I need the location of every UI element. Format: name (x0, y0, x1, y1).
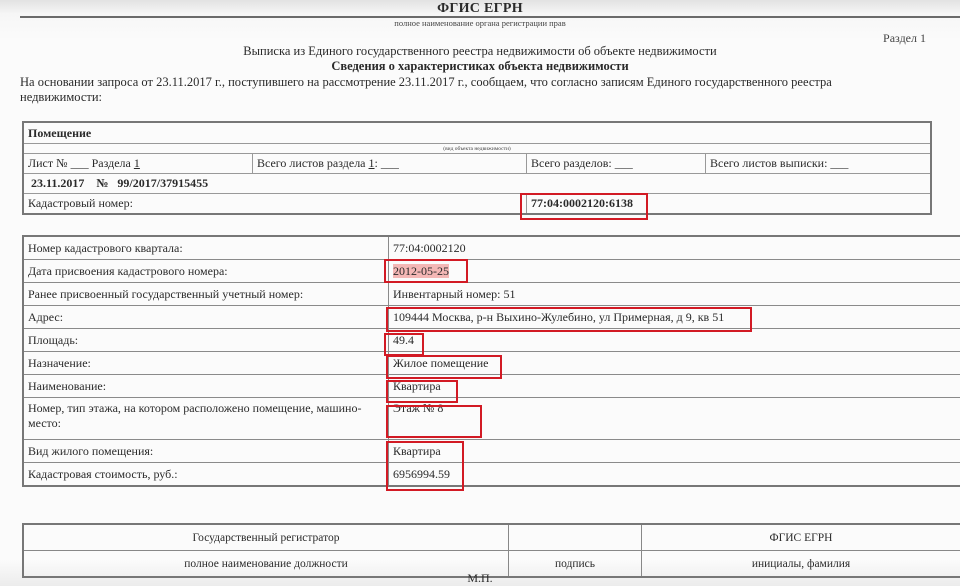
total-sections-value: ___ (615, 156, 633, 170)
property-value: Этаж № 8 (389, 398, 960, 440)
total-sheets-section-label: Всего листов раздела (257, 156, 366, 170)
sheet-value: ___ (71, 156, 89, 170)
property-row: Площадь: 49.4 (23, 329, 960, 352)
property-label: Номер, тип этажа, на котором расположено… (23, 398, 389, 440)
property-row: Номер кадастрового квартала: 77:04:00021… (23, 236, 960, 260)
property-label: Назначение: (23, 352, 389, 375)
property-row: Кадастровая стоимость, руб.: 6956994.59 (23, 463, 960, 487)
statement-date: 23.11.2017 (31, 176, 84, 190)
total-sections-cell: Всего разделов: ___ (527, 154, 706, 174)
number-sign: № (96, 176, 108, 190)
object-type-caption: (вид объекта недвижимости) (23, 144, 931, 154)
sheet-number-cell: Лист № ___ Раздела 1 (23, 154, 253, 174)
property-value: 2012-05-25 (389, 260, 960, 283)
object-type: Помещение (23, 122, 931, 144)
org-subtitle: полное наименование органа регистрации п… (0, 18, 960, 28)
property-label: Площадь: (23, 329, 389, 352)
intro-paragraph: На основании запроса от 23.11.2017 г., п… (20, 75, 900, 105)
stamp-label: М.П. (0, 571, 960, 586)
registrar-position: Государственный регистратор (23, 524, 509, 551)
registrar-name: ФГИС ЕГРН (642, 524, 960, 551)
date-number-row: 23.11.2017 № 99/2017/37915455 (23, 174, 931, 194)
section-of-label: Раздела (92, 156, 131, 170)
document-subtitle: Сведения о характеристиках объекта недви… (0, 59, 960, 74)
property-row: Вид жилого помещения: Квартира (23, 440, 960, 463)
property-label: Номер кадастрового квартала: (23, 236, 389, 260)
property-value: Квартира (389, 375, 960, 398)
property-label: Адрес: (23, 306, 389, 329)
property-label: Вид жилого помещения: (23, 440, 389, 463)
properties-table: Номер кадастрового квартала: 77:04:00021… (22, 235, 960, 487)
total-sheets-section-cell: Всего листов раздела 1: ___ (253, 154, 527, 174)
object-header-table: Помещение (вид объекта недвижимости) Лис… (22, 121, 932, 215)
property-label: Ранее присвоенный государственный учетны… (23, 283, 389, 306)
total-sheets-label: Всего листов выписки: (710, 156, 827, 170)
property-value: 49.4 (389, 329, 960, 352)
property-value: 109444 Москва, р-н Выхино-Жулебино, ул П… (389, 306, 960, 329)
property-row: Назначение: Жилое помещение (23, 352, 960, 375)
property-row: Ранее присвоенный государственный учетны… (23, 283, 960, 306)
property-value: 6956994.59 (389, 463, 960, 487)
property-label: Наименование: (23, 375, 389, 398)
property-row: Адрес: 109444 Москва, р-н Выхино-Жулебин… (23, 306, 960, 329)
property-value: 77:04:0002120 (389, 236, 960, 260)
total-sheets-value: ___ (830, 156, 848, 170)
property-label: Дата присвоения кадастрового номера: (23, 260, 389, 283)
signature-blank (509, 524, 642, 551)
property-label: Кадастровая стоимость, руб.: (23, 463, 389, 487)
cadastral-number-label: Кадастровый номер: (23, 194, 527, 215)
signature-table: Государственный регистратор ФГИС ЕГРН по… (22, 523, 960, 578)
total-sheets-section-value: : ___ (375, 156, 399, 170)
highlighted-value: 2012-05-25 (393, 264, 449, 278)
property-row: Номер, тип этажа, на котором расположено… (23, 398, 960, 440)
property-value: Квартира (389, 440, 960, 463)
property-row: Наименование: Квартира (23, 375, 960, 398)
document-title: Выписка из Единого государственного реес… (0, 44, 960, 59)
property-value: Инвентарный номер: 51 (389, 283, 960, 306)
statement-number: 99/2017/37915455 (117, 176, 208, 190)
total-sections-label: Всего разделов: (531, 156, 612, 170)
total-sheets-cell: Всего листов выписки: ___ (706, 154, 932, 174)
cadastral-number-value: 77:04:0002120:6138 (527, 194, 932, 215)
property-row: Дата присвоения кадастрового номера: 201… (23, 260, 960, 283)
sheet-label: Лист № (28, 156, 68, 170)
section-of-value: 1 (134, 156, 140, 170)
org-title: ФГИС ЕГРН (0, 1, 960, 17)
property-value: Жилое помещение (389, 352, 960, 375)
